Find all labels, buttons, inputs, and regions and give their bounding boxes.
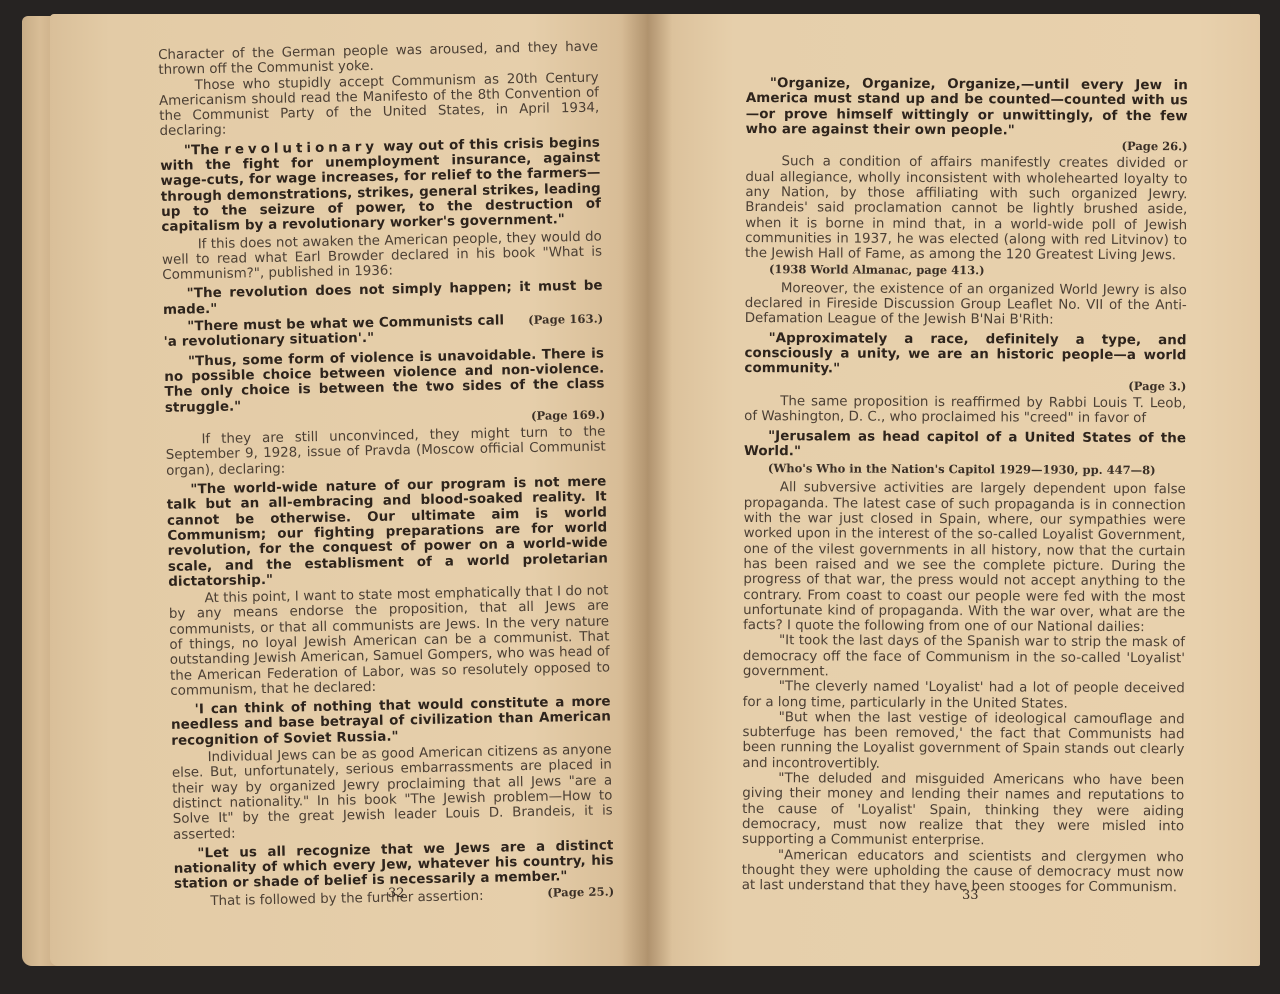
open-book: Character of the German people was arous… bbox=[22, 14, 1260, 966]
block-quote: "Thus, some form of violence is unavoida… bbox=[164, 346, 605, 416]
paragraph: Individual Jews can be as good American … bbox=[171, 742, 613, 842]
citation: (Page 3.) bbox=[744, 377, 1186, 395]
block-quote: "Approximately a race, definitely a type… bbox=[744, 331, 1186, 379]
citation: (Page 163.) bbox=[504, 312, 603, 329]
block-quote: (Page 163.)"There must be what we Commun… bbox=[163, 312, 604, 351]
citation: (Who's Who in the Nation's Capitol 1929—… bbox=[744, 461, 1186, 479]
block-quote: "The revolutionary way out of this crisi… bbox=[160, 135, 602, 235]
paragraph: "It took the last days of the Spanish wa… bbox=[743, 633, 1185, 681]
paragraph: Those who stupidly accept Communism as 2… bbox=[159, 70, 600, 140]
paragraph: If this does not awaken the American peo… bbox=[162, 229, 603, 283]
paragraph: Such a condition of affairs manifestly c… bbox=[745, 154, 1188, 263]
paragraph: If they are still unconvinced, they migh… bbox=[165, 425, 606, 479]
quote-text: "Let us all recognize that we Jews are a… bbox=[174, 838, 614, 892]
paragraph: At this point, I want to state most emph… bbox=[168, 584, 610, 700]
left-page: Character of the German people was arous… bbox=[50, 14, 648, 966]
paragraph: "But when the last vestige of ideologica… bbox=[742, 710, 1184, 774]
paragraph: The same proposition is reaffirmed by Ra… bbox=[744, 394, 1186, 427]
paragraph: "The deluded and misguided Americans who… bbox=[742, 771, 1184, 850]
paragraph: "The cleverly named 'Loyalist' had a lot… bbox=[743, 679, 1185, 712]
block-quote: "Jerusalem as head capitol of a United S… bbox=[744, 429, 1186, 462]
block-quote: 'I can think of nothing that would const… bbox=[171, 695, 612, 749]
quote-lead: "The bbox=[184, 143, 225, 159]
block-quote: "Organize, Organize, Organize,—until eve… bbox=[746, 76, 1188, 140]
paragraph: Moreover, the existence of an organized … bbox=[745, 281, 1187, 329]
quote-text: "There must be what we Communists call '… bbox=[164, 313, 505, 350]
page-number: 33 bbox=[962, 888, 979, 903]
block-quote: "Let us all recognize that we Jews are a… bbox=[173, 838, 614, 892]
right-page-text: "Organize, Organize, Organize,—until eve… bbox=[742, 72, 1188, 896]
left-page-text: Character of the German people was arous… bbox=[158, 40, 614, 910]
page-number: 32 bbox=[388, 886, 405, 901]
citation: (Page 25.) bbox=[523, 884, 614, 901]
citation: (Page 26.) bbox=[746, 137, 1188, 155]
right-page: "Organize, Organize, Organize,—until eve… bbox=[648, 14, 1260, 966]
block-quote: "The world-wide nature of our program is… bbox=[166, 474, 608, 590]
paragraph: All subversive activities are largely de… bbox=[743, 480, 1186, 635]
citation: (1938 World Almanac, page 413.) bbox=[745, 262, 1187, 280]
